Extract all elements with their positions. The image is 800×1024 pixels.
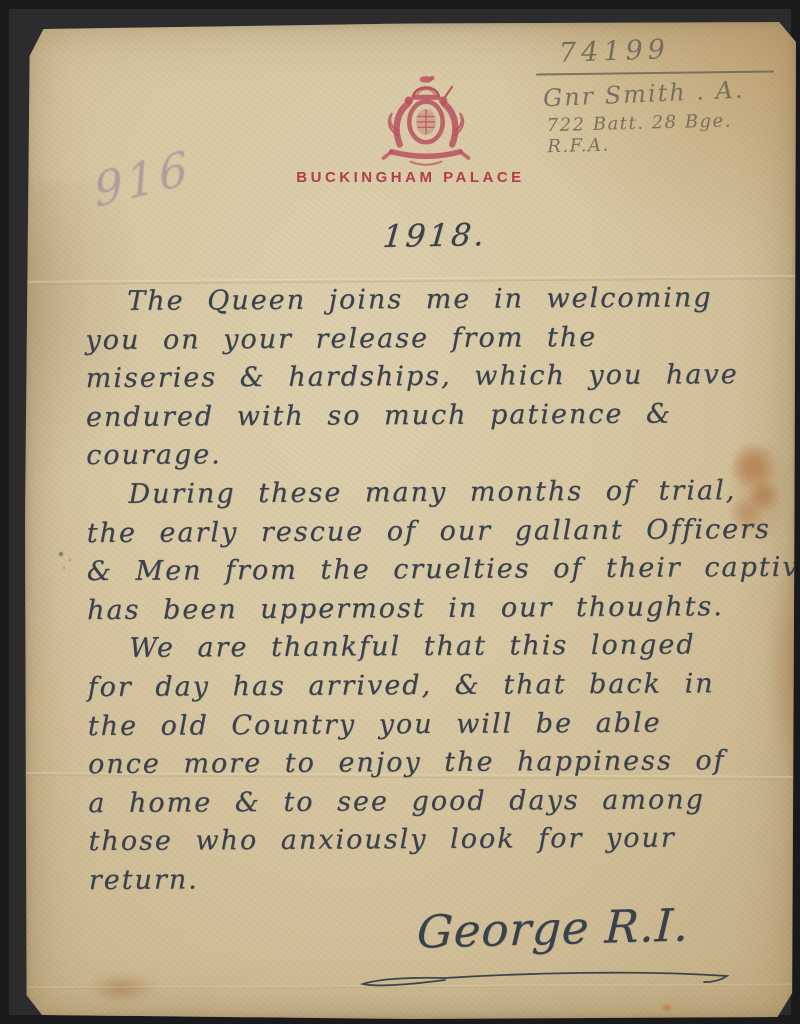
signature-flourish-icon [355, 964, 737, 994]
letter-line: courage. [86, 433, 770, 476]
royal-coat-of-arms-icon [367, 74, 485, 168]
photo-frame: 74199 Gnr Smith . A. 722 Batt. 28 Bge. R… [0, 0, 800, 1024]
letter-line: During these many months of trial, [86, 472, 770, 515]
letter-line: has been uppermost in our thoughts. [87, 588, 771, 631]
letter-line: those who anxiously look for your [88, 819, 772, 862]
letter-line: the old Country you will be able [88, 703, 772, 746]
letter-body: The Queen joins me in welcoming you on y… [85, 279, 773, 901]
recipient-unit-annotation: 722 Batt. 28 Bge. R.F.A. [546, 109, 796, 158]
service-number-annotation: 74199 [558, 34, 670, 69]
letter-document: 74199 Gnr Smith . A. 722 Batt. 28 Bge. R… [25, 22, 796, 1019]
letter-line: a home & to see good days among [88, 781, 772, 824]
pencil-underline [536, 71, 774, 76]
letter-line: for day has arrived, & that back in [87, 665, 771, 708]
letter-line: return. [89, 858, 773, 901]
signature: George R.I. [416, 898, 690, 958]
letter-date: 1918. [381, 217, 488, 255]
letter-line: endured with so much patience & [86, 395, 770, 438]
letter-line: & Men from the cruelties of their captiv… [87, 549, 771, 592]
letter-line: you on your release from the [85, 318, 769, 361]
paper-stain [661, 1003, 673, 1012]
letterhead-title: BUCKINGHAM PALACE [25, 169, 796, 186]
letter-line: The Queen joins me in welcoming [85, 279, 769, 322]
letter-line: the early rescue of our gallant Officers [87, 510, 771, 553]
paper-stain [770, 562, 796, 772]
letter-line: miseries & hardships, which you have [86, 356, 770, 399]
letter-line: once more to enjoy the happiness of [88, 742, 772, 785]
paper-stain [87, 973, 157, 1003]
ink-speckles [59, 552, 63, 556]
letter-line: We are thankful that this longed [87, 626, 771, 669]
recipient-name-annotation: Gnr Smith . A. [542, 76, 745, 113]
